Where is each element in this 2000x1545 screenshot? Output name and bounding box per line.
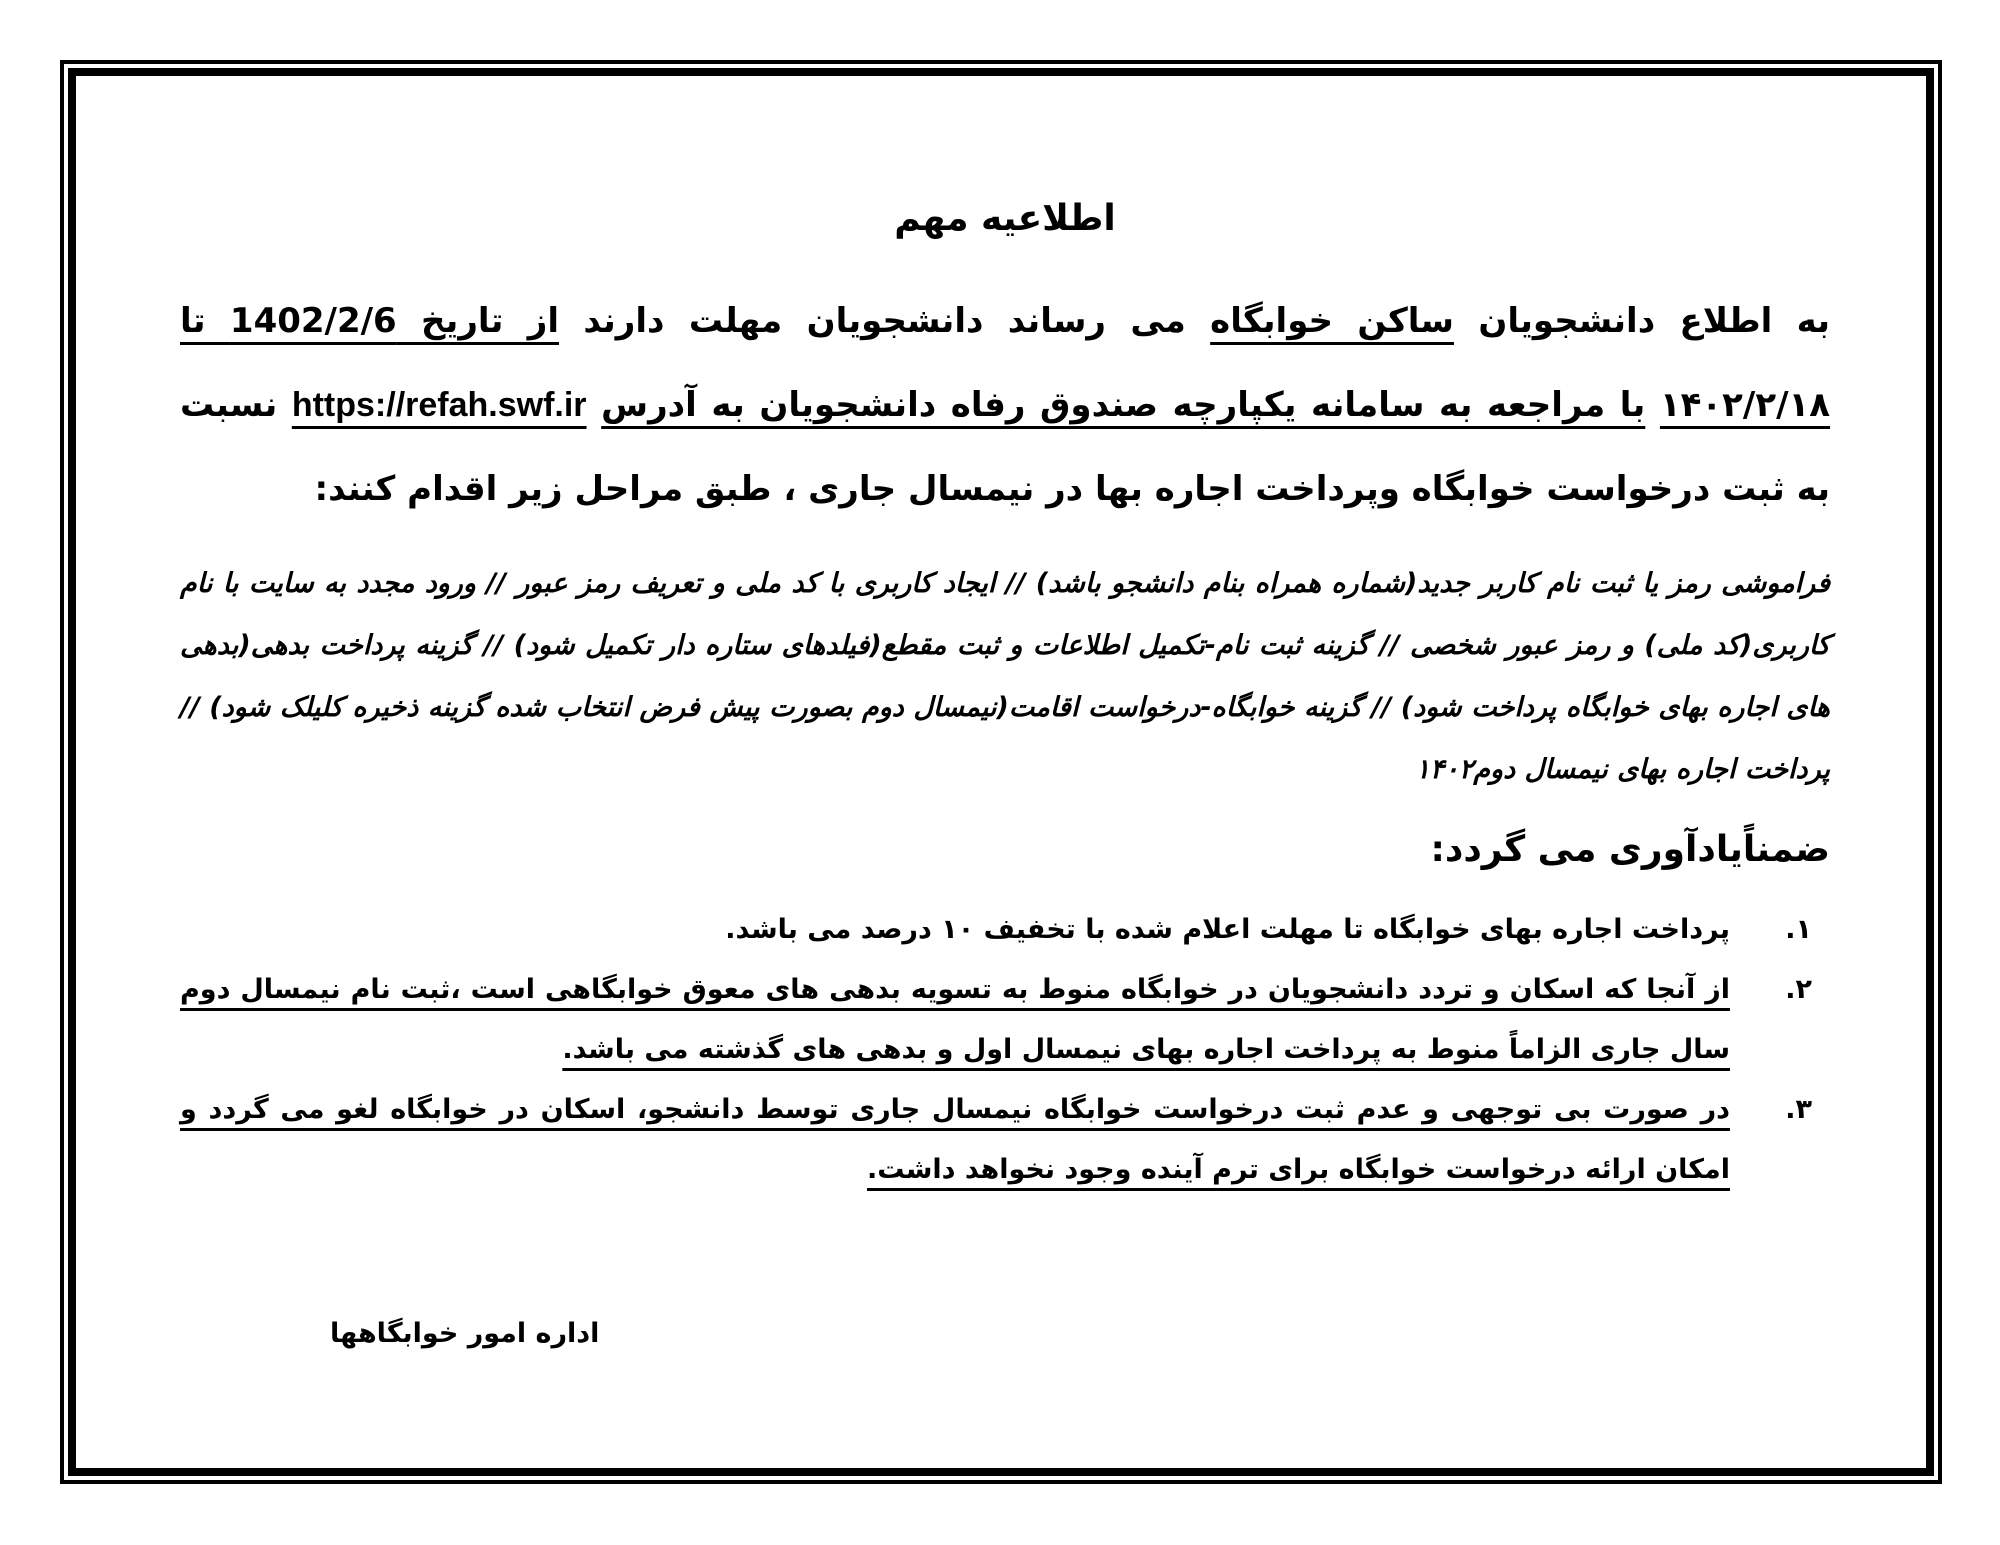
notice-body: اطلاعیه مهم به اطلاع دانشجویان ساکن خواب…	[180, 180, 1830, 1200]
note-number: ۲.	[1785, 960, 1812, 1020]
intro-spacer	[1645, 385, 1660, 425]
registration-steps: فراموشی رمز یا ثبت نام کاربر جدید(شماره …	[180, 553, 1830, 801]
notice-intro: به اطلاع دانشجویان ساکن خوابگاه می رساند…	[180, 279, 1830, 531]
note-number: ۳.	[1785, 1080, 1812, 1140]
resident-dorm-text: ساکن خوابگاه	[1210, 301, 1454, 341]
note-item-1: ۱. پرداخت اجاره بهای خوابگاه تا مهلت اعل…	[180, 900, 1830, 960]
note-text: در صورت بی توجهی و عدم ثبت درخواست خوابگ…	[180, 1094, 1730, 1185]
note-item-2: ۲. از آنجا که اسکان و تردد دانشجویان در …	[180, 960, 1830, 1080]
reminder-heading: ضمناًیادآوری می گردد:	[180, 829, 1830, 870]
intro-text-1: به اطلاع دانشجویان	[1454, 301, 1830, 341]
system-reference: با مراجعه به سامانه یکپارچه صندوق رفاه د…	[601, 385, 1645, 425]
signature: اداره امور خوابگاهها	[330, 1318, 599, 1349]
note-item-3: ۳. در صورت بی توجهی و عدم ثبت درخواست خو…	[180, 1080, 1830, 1200]
note-number: ۱.	[1785, 900, 1812, 960]
notice-title: اطلاعیه مهم	[180, 198, 1830, 239]
intro-text-2: می رساند دانشجویان مهلت دارند	[559, 301, 1210, 341]
note-text: پرداخت اجاره بهای خوابگاه تا مهلت اعلام …	[725, 914, 1730, 945]
note-text: از آنجا که اسکان و تردد دانشجویان در خوا…	[180, 974, 1730, 1065]
refah-url-link[interactable]: https://refah.swf.ir	[292, 386, 587, 424]
notes-list: ۱. پرداخت اجاره بهای خوابگاه تا مهلت اعل…	[180, 900, 1830, 1200]
